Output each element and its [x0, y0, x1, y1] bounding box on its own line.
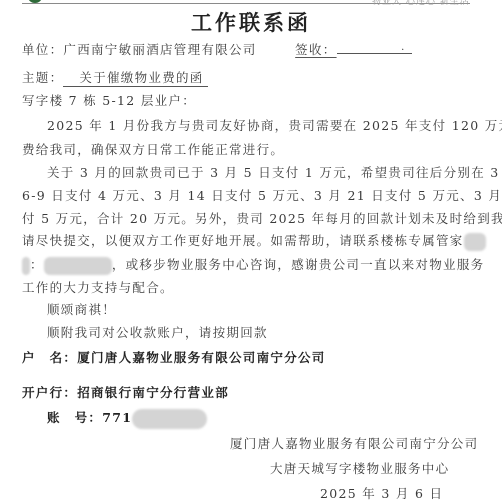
colon: ： — [30, 257, 44, 272]
document-title: 工作联系函 — [0, 7, 502, 37]
account-number-row: 账 号：771 — [47, 408, 207, 429]
closing: 顺颂商祺！ — [47, 300, 116, 318]
bank-row: 开户行：招商银行南宁分行营业部 — [22, 383, 229, 401]
salutation: 写字楼 7 栋 5-12 层业户： — [22, 91, 196, 109]
redacted-manager-name — [464, 233, 486, 251]
paragraph-1-line-2: 费给我司，确保双方日常工作能正常进行。 — [22, 140, 284, 158]
sign-label: 签收： — [295, 42, 336, 57]
signature-company: 厦门唐人嘉物业服务有限公司南宁分公司 — [230, 434, 478, 452]
account-number-label: 账 号： — [47, 410, 102, 425]
paragraph-2-line-4: 请尽快提交，以便双方工作更好地开展。如需帮助，请联系楼栋专属管家 — [22, 231, 486, 251]
subject-value: 关于催缴物业费的函 — [63, 68, 207, 87]
account-name-value: 厦门唐人嘉物业服务有限公司南宁分公司 — [77, 350, 325, 365]
unit-label: 单位： — [22, 42, 63, 57]
attach-note: 顺附我司对公收款账户，请按期回款 — [47, 323, 268, 341]
subject-row: 主题：关于催缴物业费的函 — [22, 68, 208, 87]
signature-center: 大唐天城写字楼物业服务中心 — [270, 459, 449, 477]
redacted-manager-name-cont — [22, 257, 30, 275]
subject-label: 主题： — [22, 70, 63, 85]
sign-field: . — [337, 41, 412, 54]
unit-row: 单位：广西南宁敏丽酒店管理有限公司 签收：. — [22, 40, 412, 58]
paragraph-2-line-6: 工作的大力支持与配合。 — [22, 278, 174, 296]
redacted-phone-number — [44, 257, 112, 275]
paragraph-2-line-4-text: 请尽快提交，以便双方工作更好地开展。如需帮助，请联系楼栋专属管家 — [22, 233, 464, 248]
paragraph-2-line-3: 付 5 万元，合计 20 万元。另外，贵司 2025 年每月的回款计划未及时给到… — [22, 209, 502, 227]
paragraph-2-line-1: 关于 3 月的回款贵司已于 3 月 5 日支付 1 万元，希望贵司往后分别在 3… — [47, 163, 502, 181]
paragraph-1-line-1: 2025 年 1 月份我方与贵司友好协商，贵司需要在 2025 年支付 120 … — [47, 116, 502, 134]
paragraph-2-line-5-text: ，或移步物业服务中心咨询，感谢贵公司一直以来对物业服务 — [112, 257, 485, 272]
paragraph-2-line-2: 6-9 日支付 4 万元、3 月 14 日支付 5 万元、3 月 21 日支付 … — [22, 186, 502, 204]
account-name-row: 户 名：厦门唐人嘉物业服务有限公司南宁分公司 — [22, 348, 326, 366]
bank-label: 开户行： — [22, 385, 77, 400]
bank-value: 招商银行南宁分行营业部 — [77, 385, 229, 400]
account-number-visible: 771 — [102, 410, 132, 425]
account-name-label: 户 名： — [22, 350, 77, 365]
unit-value: 广西南宁敏丽酒店管理有限公司 — [63, 42, 256, 57]
redacted-account-number — [132, 409, 207, 429]
paragraph-2-line-5: ：，或移步物业服务中心咨询，感谢贵公司一直以来对物业服务 — [22, 255, 484, 275]
signature-date: 2025 年 3 月 6 日 — [320, 484, 443, 502]
header-slogan: 物业人 心连心 新生活 — [372, 0, 470, 7]
